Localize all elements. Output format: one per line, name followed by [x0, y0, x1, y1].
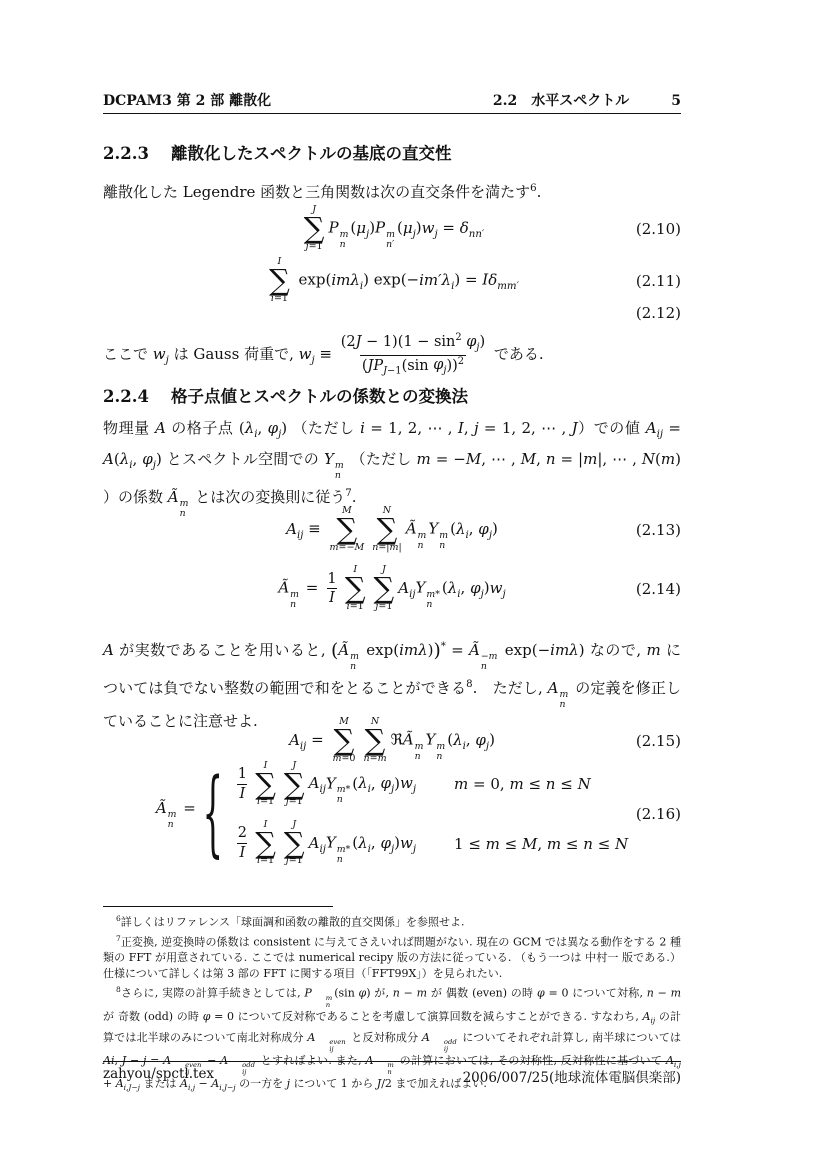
equation-2-16-number: (2.16)	[636, 805, 681, 823]
footnote-7: 7正変換, 逆変換時の係数は consistent に与えてさえいれば問題がない…	[103, 931, 681, 983]
section-title: 離散化したスペクトルの基底の直交性	[171, 144, 452, 163]
equation-2-15-number: (2.15)	[636, 732, 681, 750]
section-heading-224: 2.2.4格子点値とスペクトルの係数との変換法	[103, 383, 681, 407]
equation-2-11-number: (2.11)	[636, 272, 681, 290]
equation-2-12: (2.12)	[103, 300, 681, 326]
section-heading-223: 2.2.3離散化したスペクトルの基底の直交性	[103, 140, 681, 164]
equation-2-14-number: (2.14)	[636, 580, 681, 598]
equation-2-16-cases: 1II∑i=1J∑j=1AijYm*n(λi, φj)wj m = 0, m ≤…	[233, 761, 628, 868]
page-number: 5	[671, 93, 681, 109]
section-number: 2.2.4	[103, 387, 149, 406]
equation-2-10: J∑j=1Pmn(μj)Pmn′(μj)wj = δnn′ (2.10)	[103, 200, 681, 258]
equation-2-16-lhs: Ãmn =	[156, 799, 196, 830]
section-title: 格子点値とスペクトルの係数との変換法	[171, 387, 468, 406]
page-footer: zahyou/spctl.tex 2006/007/25(地球流体電脳倶楽部)	[103, 1066, 681, 1086]
equation-2-13-number: (2.13)	[636, 521, 681, 539]
header-left-title: DCPAM3 第 2 部 離散化	[103, 90, 271, 110]
case-row-1-expression: 1II∑i=1J∑j=1AijYm*n(λi, φj)wj	[233, 761, 416, 808]
equation-2-10-body: J∑j=1Pmn(μj)Pmn′(μj)wj = δnn′	[103, 205, 681, 252]
footer-rule	[103, 1061, 681, 1062]
equation-2-13: Aij ≡ M∑m=−MN∑n=|m|ÃmnYmn(λi, φj) (2.13)	[103, 500, 681, 560]
equation-2-11-body: I∑i=1 exp(imλi) exp(−im′λi) = Iδmm′	[103, 257, 681, 304]
equation-2-16-body: Ãmn = { 1II∑i=1J∑j=1AijYm*n(λi, φj)wj m …	[103, 761, 681, 868]
page-header: DCPAM3 第 2 部 離散化 2.2 水平スペクトル5	[103, 90, 681, 110]
case-row-1: 1II∑i=1J∑j=1AijYm*n(λi, φj)wj m = 0, m ≤…	[233, 761, 628, 808]
header-rule	[103, 113, 681, 114]
footnote-6: 6詳しくはリファレンス「球面調和函数の離散的直交関係」を参照せよ.	[103, 911, 681, 931]
header-section-title: 2.2 水平スペクトル	[493, 93, 629, 109]
footer-filename: zahyou/spctl.tex	[103, 1066, 214, 1086]
equation-2-12-number: (2.12)	[636, 304, 681, 322]
section-number: 2.2.3	[103, 144, 149, 163]
case-row-2-condition: 1 ≤ m ≤ M, m ≤ n ≤ N	[454, 835, 628, 853]
equation-2-16: Ãmn = { 1II∑i=1J∑j=1AijYm*n(λi, φj)wj m …	[103, 762, 681, 866]
header-right: 2.2 水平スペクトル5	[493, 90, 681, 110]
case-row-1-condition: m = 0, m ≤ n ≤ N	[454, 775, 591, 793]
equation-2-10-number: (2.10)	[636, 220, 681, 238]
document-page: DCPAM3 第 2 部 離散化 2.2 水平スペクトル5 2.2.3離散化した…	[0, 0, 826, 1169]
footer-date-credit: 2006/007/25(地球流体電脳倶楽部)	[463, 1066, 681, 1086]
cases-brace: {	[202, 759, 223, 869]
paragraph-gauss-weight: ここで wj は Gauss 荷重で, wj ≡ (2J − 1)(1 − si…	[103, 332, 681, 378]
case-row-2-expression: 2II∑i=1J∑j=1AijYm*n(λi, φj)wj	[233, 820, 416, 867]
case-row-2: 2II∑i=1J∑j=1AijYm*n(λi, φj)wj 1 ≤ m ≤ M,…	[233, 820, 628, 867]
equation-2-15-body: Aij = M∑m=0N∑n=mℜÃmnYmn(λi, φj)	[103, 717, 681, 764]
equation-2-14: Ãmn = 1II∑i=1J∑j=1AijYm*n(λi, φj)wj (2.1…	[103, 558, 681, 620]
footnote-rule	[103, 906, 333, 907]
equation-2-13-body: Aij ≡ M∑m=−MN∑n=|m|ÃmnYmn(λi, φj)	[103, 506, 681, 553]
equation-2-14-body: Ãmn = 1II∑i=1J∑j=1AijYm*n(λi, φj)wj	[103, 565, 681, 612]
